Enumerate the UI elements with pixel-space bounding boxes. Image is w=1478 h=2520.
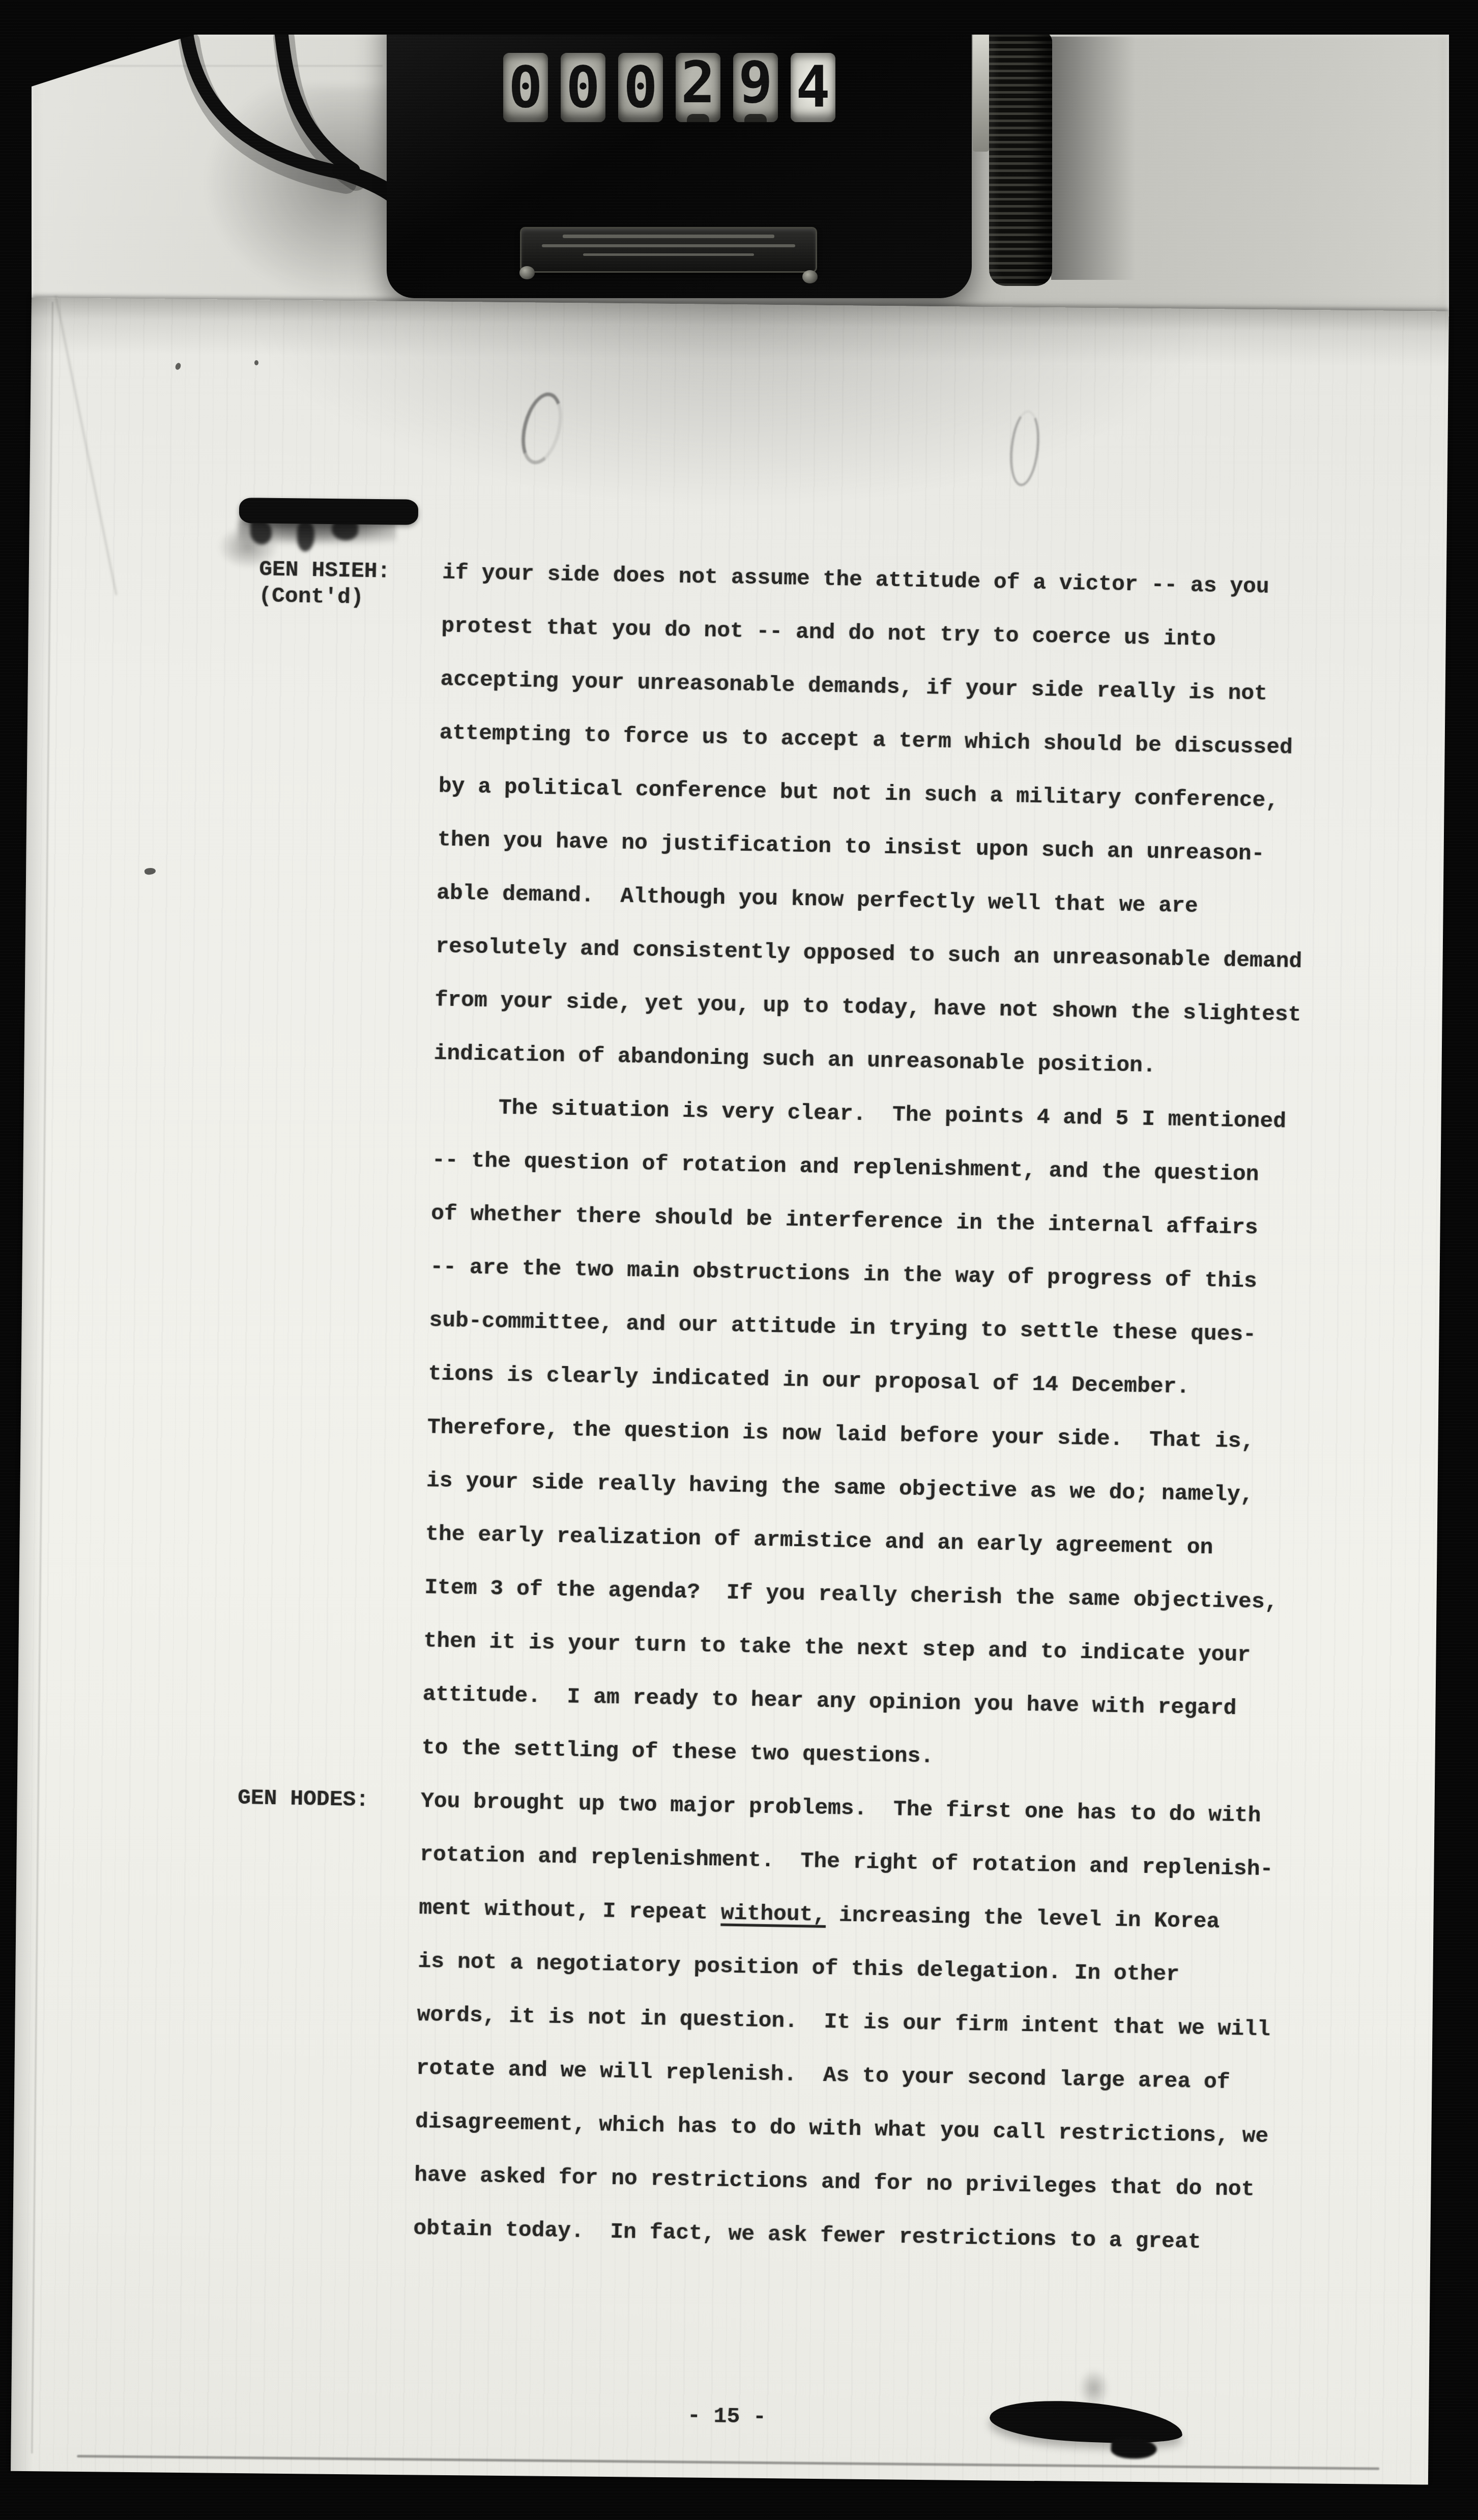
redaction-mark [239, 498, 419, 525]
plate-rivet [802, 270, 818, 283]
transcript-segment: indication of abandoning such an unreaso… [433, 1040, 1156, 1078]
transcript-line: by a political conference but not in suc… [438, 774, 1279, 813]
transcript-segment: then it is your turn to take the next st… [423, 1628, 1251, 1667]
transcript-segment: words, it is not in question. It is our … [417, 2002, 1270, 2042]
transcript-line: to the settling of these two questions. [422, 1735, 934, 1769]
transcript-segment: able demand. Although you know perfectly… [437, 880, 1198, 918]
transcript-segment: accepting your unreasonable demands, if … [440, 667, 1267, 706]
speaker-label-continued: (Cont'd) [258, 584, 364, 610]
counter-digits: 000294 [503, 53, 835, 122]
counter-digit: 0 [503, 53, 548, 122]
transcript-line: disagreement, which has to do with what … [415, 2109, 1269, 2149]
counter-digit-cell: 9 [733, 53, 778, 122]
transcript-line: resolutely and consistently opposed to s… [436, 934, 1302, 974]
transcript-line: from your side, yet you, up to today, ha… [434, 988, 1301, 1027]
speaker-label: GEN HODES: [238, 1786, 369, 1812]
transcript-segment: obtain today. In fact, we ask fewer rest… [413, 2216, 1201, 2254]
ink-speck [254, 360, 258, 365]
counter-digit-cell: 4 [791, 53, 835, 122]
transcript-segment: increasing the level in Korea [826, 1902, 1220, 1934]
page-number: - 15 - [687, 2403, 767, 2429]
transcript-segment: have asked for no restrictions and for n… [414, 2162, 1255, 2202]
counter-digit-cell: 0 [618, 53, 663, 122]
transcript-segment: the early realization of armistice and a… [425, 1521, 1213, 1560]
transcript-segment: You brought up two major problems. The f… [421, 1788, 1261, 1828]
counter-digit: 0 [618, 53, 663, 122]
transcript-text: - 15 - GEN HSIEH:(Cont'd)if your side do… [190, 548, 1373, 2481]
transcript-segment: -- the question of rotation and replenis… [432, 1147, 1259, 1186]
page-left-shading [11, 298, 54, 2471]
transcript-line: You brought up two major problems. The f… [421, 1789, 1261, 1828]
transcript-segment: sub-committee, and our attitude in tryin… [429, 1308, 1256, 1347]
transcript-segment: Therefore, the question is now laid befo… [427, 1414, 1254, 1454]
transcript-segment: Item 3 of the agenda? If you really cher… [424, 1575, 1278, 1614]
transcript-segment: tions is clearly indicated in our propos… [428, 1361, 1190, 1399]
transcript-line: The situation is very clear. The points … [432, 1094, 1286, 1134]
transcript-line: indication of abandoning such an unreaso… [433, 1041, 1156, 1078]
microfilm-scan: { "colors": { "frame": "#070707", "paper… [0, 0, 1478, 2520]
transcript-segment: protest that you do not -- and do not tr… [441, 613, 1216, 652]
transcript-line: rotation and replenishment. The right of… [420, 1842, 1273, 1881]
transcript-segment: disagreement, which has to do with what … [415, 2109, 1269, 2149]
transcript-line: have asked for no restrictions and for n… [414, 2163, 1255, 2202]
transcript-line: words, it is not in question. It is our … [417, 2003, 1270, 2042]
transcript-line: the early realization of armistice and a… [425, 1522, 1213, 1560]
transcript-segment: attempting to force us to accept a term … [439, 720, 1293, 760]
transcript-segment: The situation is very clear. The points … [432, 1094, 1286, 1134]
transcript-line: of whether there should be interference … [431, 1201, 1258, 1240]
plate-embossed-line [563, 235, 774, 238]
transcript-line: then it is your turn to take the next st… [423, 1629, 1251, 1667]
transcript-line: attempting to force us to accept a term … [439, 720, 1293, 760]
transcript-line: tions is clearly indicated in our propos… [428, 1362, 1190, 1399]
speaker-label: GEN HSIEH: [259, 557, 391, 584]
counter-digit-cell: 2 [676, 53, 720, 122]
page-fold-line [55, 296, 117, 595]
transcript-line: ment without, I repeat without, increasi… [419, 1896, 1220, 1934]
transcript-line: -- are the two main obstructions in the … [430, 1255, 1257, 1293]
transcript-segment: to the settling of these two questions. [422, 1735, 934, 1769]
frame-counter-device: 000294 [387, 0, 972, 298]
transcript-segment: from your side, yet you, up to today, ha… [434, 987, 1301, 1027]
device-edge-gap [973, 34, 989, 152]
page-top-shadow [248, 300, 1248, 528]
transcript-segment: is your side really having the same obje… [426, 1468, 1254, 1507]
transcript-line: sub-committee, and our attitude in tryin… [429, 1308, 1256, 1347]
transcript-segment: rotation and replenishment. The right of… [420, 1842, 1273, 1881]
transcript-segment: resolutely and consistently opposed to s… [436, 934, 1302, 974]
transcript-segment: then you have no justification to insist… [438, 827, 1265, 866]
counter-digit: 9 [733, 53, 778, 118]
transcript-line: then you have no justification to insist… [438, 827, 1265, 866]
counter-digit-cell: 0 [561, 53, 605, 122]
transcript-line: able demand. Although you know perfectly… [437, 881, 1198, 918]
counter-digit-cell: 0 [503, 53, 548, 122]
plate-embossed-line [542, 244, 795, 247]
counter-digit: 4 [791, 53, 835, 122]
counter-digit: 0 [561, 53, 605, 122]
transcript-line: Item 3 of the agenda? If you really cher… [424, 1575, 1278, 1614]
transcript-line: is not a negotiatory position of this de… [418, 1949, 1179, 1987]
transcript-segment: attitude. I am ready to hear any opinion… [422, 1682, 1236, 1721]
plate-embossed-line [583, 253, 754, 256]
film-roller [989, 32, 1052, 286]
transcript-segment: if your side does not assume the attitud… [442, 560, 1269, 599]
counter-label-plate [520, 227, 817, 273]
transcript-line: accepting your unreasonable demands, if … [440, 667, 1267, 706]
transcript-line: Therefore, the question is now laid befo… [427, 1415, 1254, 1454]
transcript-line: is your side really having the same obje… [426, 1468, 1254, 1507]
transcript-line: protest that you do not -- and do not tr… [441, 614, 1216, 652]
counter-digit: 2 [676, 53, 720, 118]
transcript-segment: by a political conference but not in suc… [438, 773, 1279, 813]
plate-rivet [519, 266, 535, 279]
transcript-line: rotate and we will replenish. As to your… [416, 2056, 1230, 2095]
redaction-drip [250, 521, 272, 544]
transcript-segment: ment without, I repeat [419, 1895, 721, 1925]
transcript-segment: -- are the two main obstructions in the … [430, 1254, 1257, 1293]
transcript-line: -- the question of rotation and replenis… [432, 1148, 1259, 1186]
transcript-line: attitude. I am ready to hear any opinion… [422, 1682, 1236, 1721]
transcript-line: if your side does not assume the attitud… [442, 561, 1269, 599]
transcript-segment: is not a negotiatory position of this de… [418, 1949, 1179, 1987]
transcript-line: obtain today. In fact, we ask fewer rest… [413, 2216, 1201, 2254]
transcript-segment: rotate and we will replenish. As to your… [416, 2055, 1230, 2095]
transcript-segment: of whether there should be interference … [431, 1201, 1258, 1240]
underlined-word: without, [720, 1900, 826, 1927]
roller-shadow [1051, 37, 1168, 280]
